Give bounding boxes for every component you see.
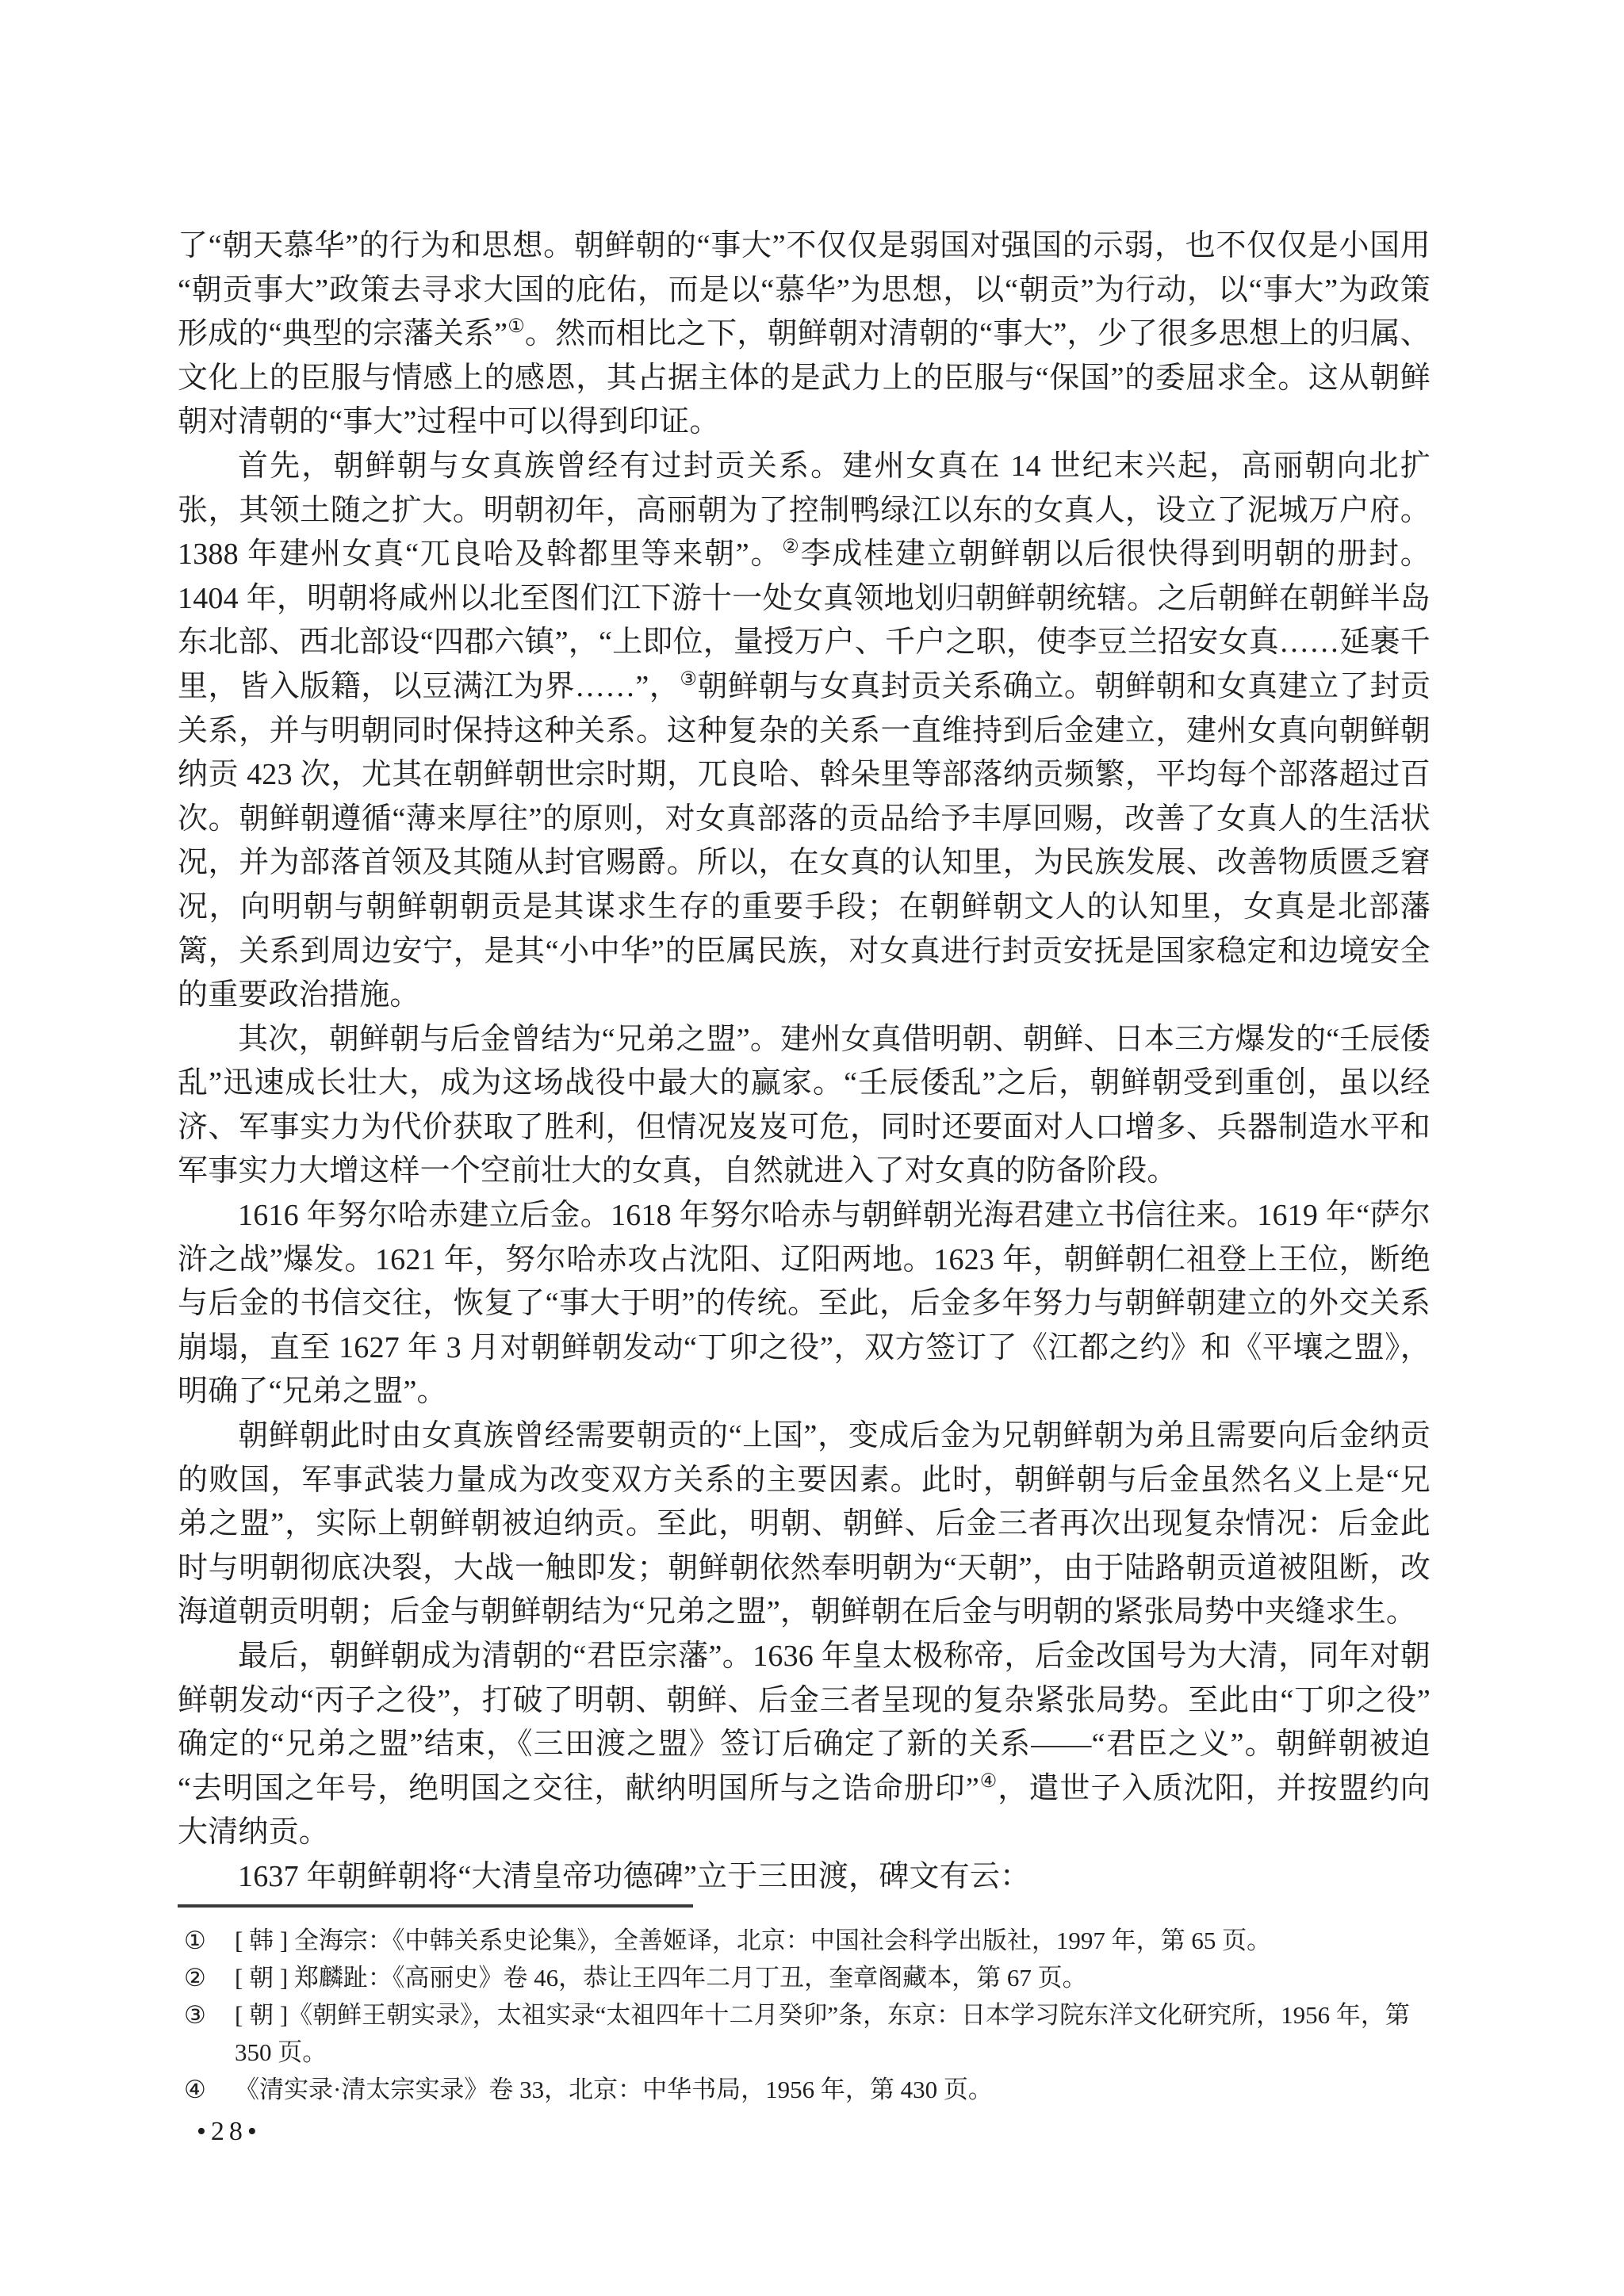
footnote-ref: ①	[507, 316, 525, 337]
paragraph: 朝鲜朝此时由女真族曾经需要朝贡的“上国”，变成后金为兄朝鲜朝为弟且需要向后金纳贡…	[178, 1414, 1431, 1635]
paragraph: 1616 年努尔哈赤建立后金。1618 年努尔哈赤与朝鲜朝光海君建立书信往来。1…	[178, 1194, 1431, 1414]
footnote-separator-rule	[178, 1904, 693, 1908]
footnote-text: [ 朝 ] 郑麟趾：《高丽史》卷 46，恭让王四年二月丁丑，奎章阁藏本，第 67…	[235, 1964, 1087, 1992]
footnote-item: ①[ 韩 ] 全海宗：《中韩关系史论集》，全善姬译，北京：中国社会科学出版社，1…	[178, 1922, 1451, 1959]
footnote-ref: ②	[782, 537, 800, 557]
footnote-marker: ④	[184, 2071, 206, 2108]
paragraph: 1637 年朝鲜朝将“大清皇帝功德碑”立于三田渡，碑文有云：	[178, 1855, 1431, 1900]
paragraph: 了“朝天慕华”的行为和思想。朝鲜朝的“事大”不仅仅是弱国对强国的示弱，也不仅仅是…	[178, 224, 1431, 445]
footnote-item: ②[ 朝 ] 郑麟趾：《高丽史》卷 46，恭让王四年二月丁丑，奎章阁藏本，第 6…	[178, 1959, 1451, 1996]
footnote-ref: ④	[979, 1771, 998, 1792]
footnote-text: 《清实录·清太宗实录》卷 33，北京：中华书局，1956 年，第 430 页。	[235, 2076, 993, 2103]
paragraph: 首先，朝鲜朝与女真族曾经有过封贡关系。建州女真在 14 世纪末兴起，高丽朝向北扩…	[178, 445, 1431, 1018]
footnote-item: ③[ 朝 ]《朝鲜王朝实录》，太祖实录“太祖四年十二月癸卯”条，东京：日本学习院…	[178, 1996, 1451, 2071]
footnote-text: [ 韩 ] 全海宗：《中韩关系史论集》，全善姬译，北京：中国社会科学出版社，19…	[235, 1927, 1271, 1954]
footnote-item: ④《清实录·清太宗实录》卷 33，北京：中华书局，1956 年，第 430 页。	[178, 2071, 1451, 2108]
paragraph: 其次，朝鲜朝与后金曾结为“兄弟之盟”。建州女真借明朝、朝鲜、日本三方爆发的“壬辰…	[178, 1018, 1431, 1194]
footnote-list: ①[ 韩 ] 全海宗：《中韩关系史论集》，全善姬译，北京：中国社会科学出版社，1…	[178, 1922, 1451, 2108]
document-page: 了“朝天慕华”的行为和思想。朝鲜朝的“事大”不仅仅是弱国对强国的示弱，也不仅仅是…	[0, 0, 1624, 2296]
footnote-text: [ 朝 ]《朝鲜王朝实录》，太祖实录“太祖四年十二月癸卯”条，东京：日本学习院东…	[235, 2001, 1410, 2066]
body-text: 了“朝天慕华”的行为和思想。朝鲜朝的“事大”不仅仅是弱国对强国的示弱，也不仅仅是…	[178, 224, 1431, 1900]
paragraph: 最后，朝鲜朝成为清朝的“君臣宗藩”。1636 年皇太极称帝，后金改国号为大清，同…	[178, 1635, 1431, 1855]
footnote-marker: ②	[184, 1959, 206, 1996]
footnote-ref: ③	[680, 669, 697, 690]
footnote-section: ①[ 韩 ] 全海宗：《中韩关系史论集》，全善姬译，北京：中国社会科学出版社，1…	[178, 1904, 1451, 2108]
footnote-marker: ①	[184, 1922, 206, 1959]
page-number: •28•	[197, 2117, 262, 2147]
footnote-marker: ③	[184, 1996, 206, 2034]
